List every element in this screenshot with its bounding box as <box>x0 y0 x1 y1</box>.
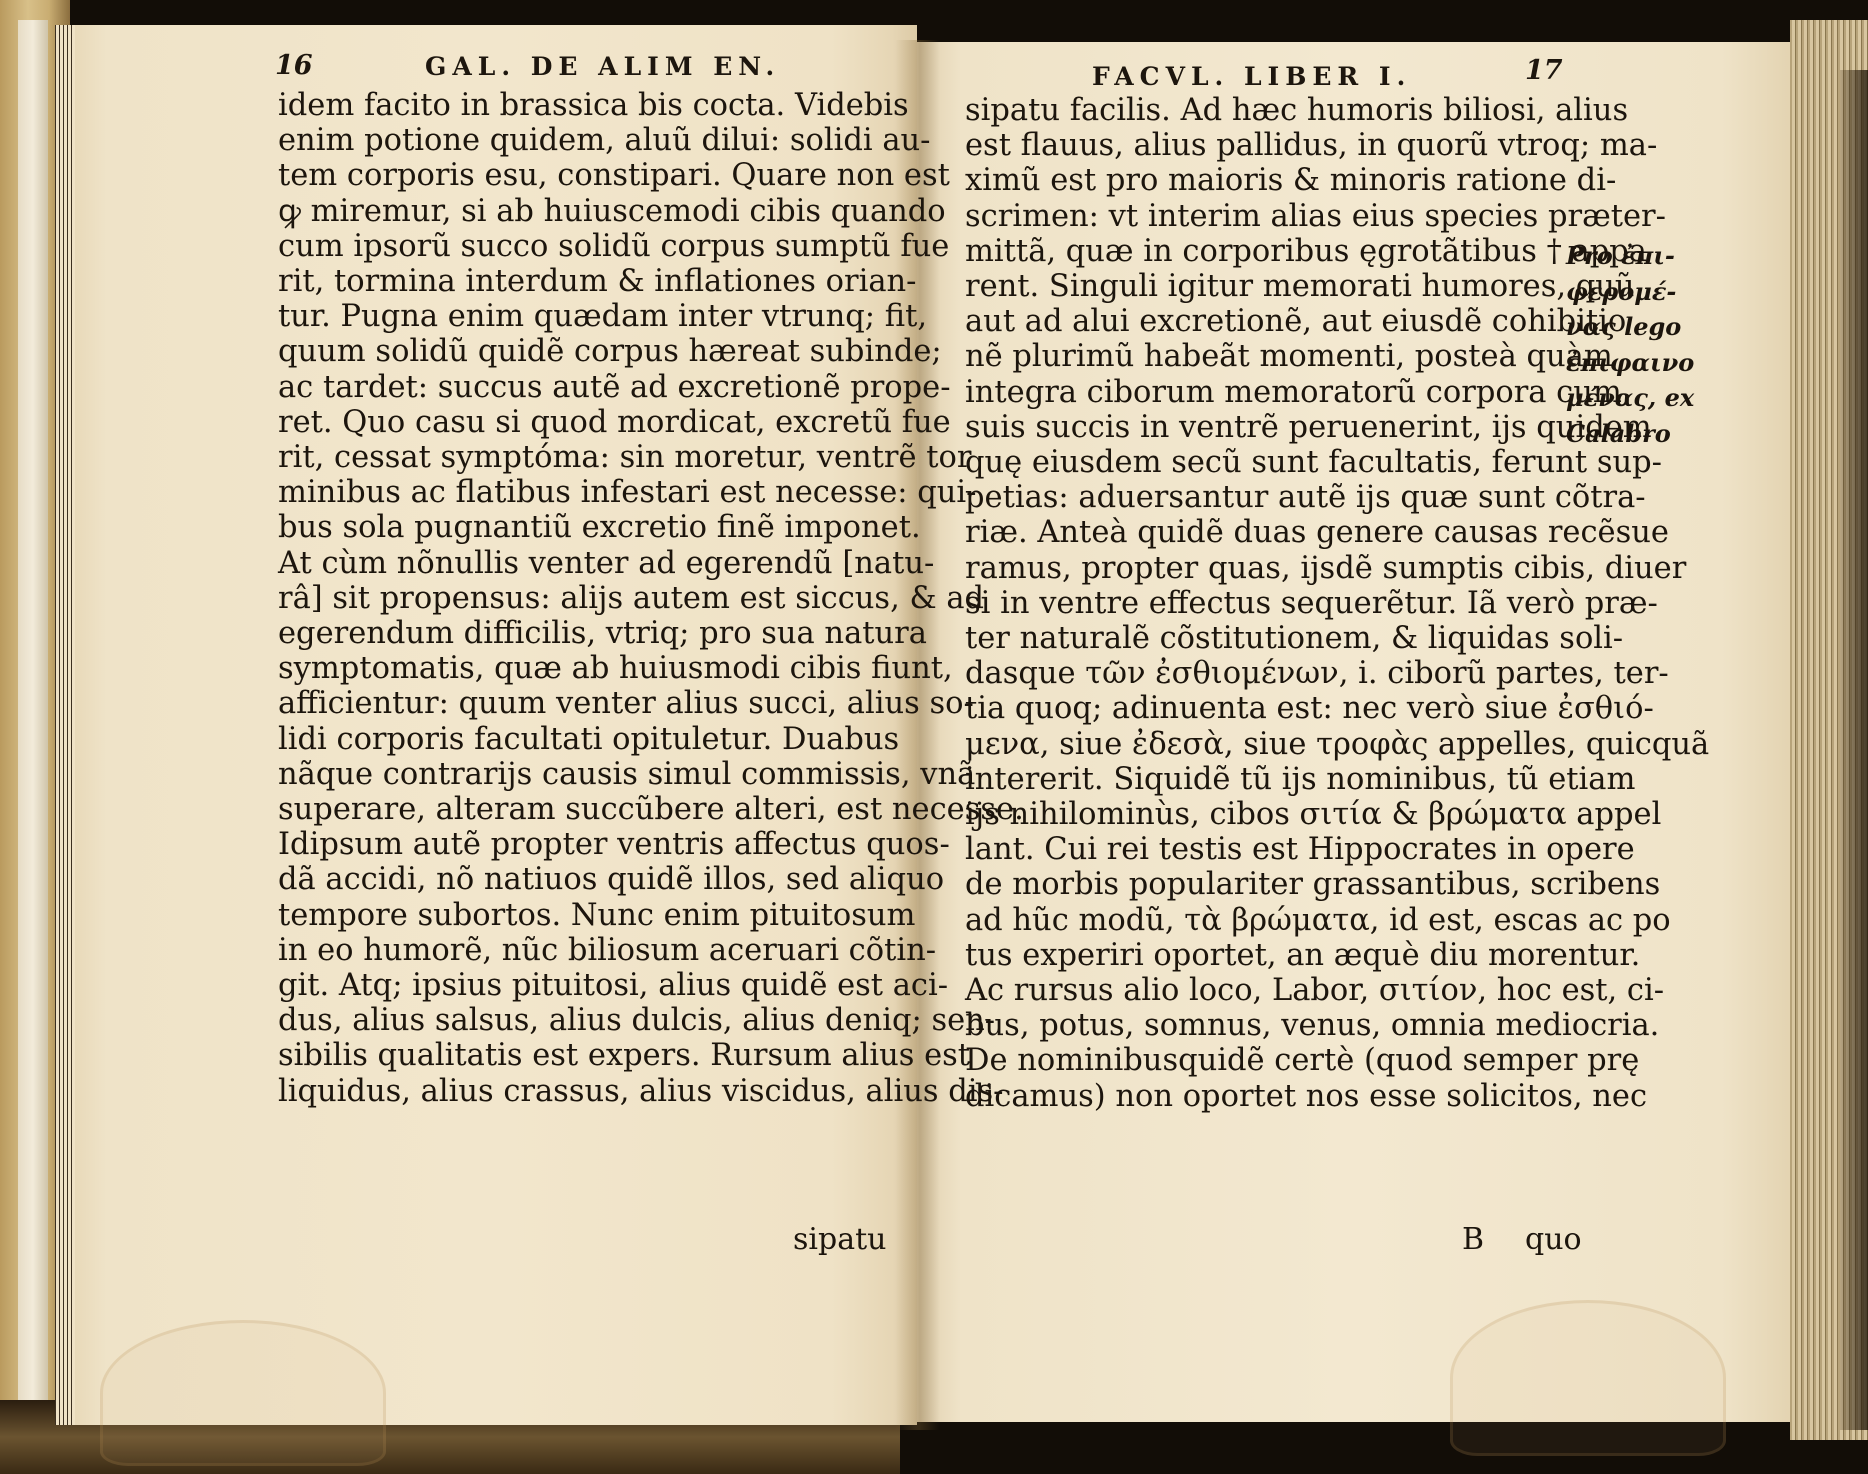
page-number-left: 16 <box>275 50 313 81</box>
text-line: rit, cessat symptóma: sin moretur, ventr… <box>278 440 875 475</box>
text-line: in eo humorẽ, nũc biliosum aceruari cõti… <box>278 933 875 968</box>
text-line: quę eiusdem secũ sunt facultatis, ferunt… <box>965 445 1573 480</box>
margin-note-line: Calabro <box>1566 416 1696 452</box>
water-stain <box>1450 1300 1726 1456</box>
text-line: ramus, propter quas, ijsdẽ sumptis cibis… <box>965 551 1573 586</box>
text-line: minibus ac flatibus infestari est necess… <box>278 475 875 510</box>
margin-note-line: ἐπιφαινο <box>1566 345 1696 381</box>
text-line: rit, tormina interdum & inflationes oria… <box>278 264 875 299</box>
catchword-left: sipatu <box>793 1222 886 1257</box>
text-line: lant. Cui rei testis est Hippocrates in … <box>965 832 1573 867</box>
text-line: mittã, quæ in corporibus ęgrotãtibus † a… <box>965 234 1573 269</box>
signature-mark: B <box>1462 1222 1484 1257</box>
text-line: tur. Pugna enim quædam inter vtrunq; fit… <box>278 299 875 334</box>
margin-note-line: φερομέ- <box>1566 274 1696 310</box>
text-line: râ] sit propensus: alijs autem est siccu… <box>278 581 875 616</box>
text-line: egerendum difficilis, vtriq; pro sua nat… <box>278 616 875 651</box>
text-line: ter naturalẽ cõstitutionem, & liquidas s… <box>965 621 1573 656</box>
text-line: bus, potus, somnus, venus, omnia mediocr… <box>965 1008 1573 1043</box>
margin-note-line: μένας, ex <box>1566 380 1696 416</box>
left-page-text: idem facito in brassica bis cocta. Videb… <box>278 88 875 1109</box>
text-line: Idipsum autẽ propter ventris affectus qu… <box>278 827 875 862</box>
text-line: tus experiri oportet, an æquè diu morent… <box>965 938 1573 973</box>
margin-note-line: Pro ἐπι- <box>1566 238 1696 274</box>
text-line: At cùm nõnullis venter ad egerendũ [natu… <box>278 546 875 581</box>
text-line: cum ipsorũ succo solidũ corpus sumptũ fu… <box>278 229 875 264</box>
margin-note: Pro ἐπι- φερομέ- νας lego ἐπιφαινο μένας… <box>1566 238 1696 451</box>
running-head-left: GAL. DE ALIM EN. <box>425 52 780 81</box>
margin-note-line: νας lego <box>1566 309 1696 345</box>
text-line: ximũ est pro maioris & minoris ratione d… <box>965 163 1573 198</box>
text-line: nẽ plurimũ habeãt momenti, posteà quàm <box>965 339 1573 374</box>
text-line: dasque τῶν ἐσθιομένων, i. ciborũ partes,… <box>965 656 1573 691</box>
text-line: rent. Singuli igitur memorati humores, q… <box>965 269 1573 304</box>
text-line: nãque contrarijs causis simul commissis,… <box>278 757 875 792</box>
binding-paper-strip <box>18 20 48 1400</box>
text-line: est flauus, alius pallidus, in quorũ vtr… <box>965 128 1573 163</box>
text-line: enim potione quidem, aluũ dilui: solidi … <box>278 123 875 158</box>
text-line: tempore subortos. Nunc enim pituitosum <box>278 898 875 933</box>
text-line: afficientur: quum venter alius succi, al… <box>278 686 875 721</box>
text-line: sipatu facilis. Ad hæc humoris biliosi, … <box>965 93 1573 128</box>
water-stain <box>100 1320 386 1466</box>
text-line: tem corporis esu, constipari. Quare non … <box>278 158 875 193</box>
text-line: suis succis in ventrẽ peruenerint, ijs q… <box>965 410 1573 445</box>
text-line: ijs nihilominùs, cibos σιτία & βρώματα a… <box>965 797 1573 832</box>
left-page-edges <box>55 25 75 1425</box>
text-line: lidi corporis facultati opituletur. Duab… <box>278 722 875 757</box>
text-line: si in ventre effectus sequerẽtur. Iã ver… <box>965 586 1573 621</box>
text-line: aut ad alui excretionẽ, aut eiusdẽ cohib… <box>965 304 1573 339</box>
text-line: ret. Quo casu si quod mordicat, excretũ … <box>278 405 875 440</box>
catchword-right: quo <box>1525 1222 1582 1257</box>
text-line: dus, alius salsus, alius dulcis, alius d… <box>278 1003 875 1038</box>
text-line: De nominibusquidẽ certè (quod semper prę <box>965 1043 1573 1078</box>
text-line: ꝙ miremur, si ab huiuscemodi cibis quand… <box>278 194 875 229</box>
text-line: dicamus) non oportet nos esse solicitos,… <box>965 1079 1573 1114</box>
text-line: de morbis populariter grassantibus, scri… <box>965 867 1573 902</box>
text-line: idem facito in brassica bis cocta. Videb… <box>278 88 875 123</box>
text-line: riæ. Anteà quidẽ duas genere causas recẽ… <box>965 515 1573 550</box>
text-line: liquidus, alius crassus, alius viscidus,… <box>278 1074 875 1109</box>
text-line: sibilis qualitatis est expers. Rursum al… <box>278 1038 875 1073</box>
text-line: dã accidi, nõ natiuos quidẽ illos, sed a… <box>278 862 875 897</box>
fore-edge-shadow <box>1840 70 1868 1430</box>
text-line: ac tardet: succus autẽ ad excretionẽ pro… <box>278 370 875 405</box>
text-line: intererit. Siquidẽ tũ ijs nominibus, tũ … <box>965 762 1573 797</box>
text-line: integra ciborum memoratorũ corpora cum <box>965 375 1573 410</box>
text-line: tia quoq; adinuenta est: nec verò siue ἐ… <box>965 691 1573 726</box>
text-line: quum solidũ quidẽ corpus hæreat subinde; <box>278 334 875 369</box>
text-line: Ac rursus alio loco, Labor, σιτίον, hoc … <box>965 973 1573 1008</box>
text-line: superare, alteram succũbere alteri, est … <box>278 792 875 827</box>
right-page-text: sipatu facilis. Ad hæc humoris biliosi, … <box>965 93 1573 1114</box>
text-line: ad hũc modũ, τὰ βρώματα, id est, escas a… <box>965 903 1573 938</box>
text-line: μενα, siue ἐδεσὰ, siue τροφὰς appelles, … <box>965 727 1573 762</box>
text-line: scrimen: vt interim alias eius species p… <box>965 199 1573 234</box>
text-line: bus sola pugnantiũ excretio finẽ imponet… <box>278 510 875 545</box>
text-line: symptomatis, quæ ab huiusmodi cibis fiun… <box>278 651 875 686</box>
text-line: git. Atq; ipsius pituitosi, alius quidẽ … <box>278 968 875 1003</box>
text-line: petias: aduersantur autẽ ijs quæ sunt cõ… <box>965 480 1573 515</box>
running-head-right: FACVL. LIBER I. <box>1092 62 1411 91</box>
page-number-right: 17 <box>1525 55 1563 86</box>
